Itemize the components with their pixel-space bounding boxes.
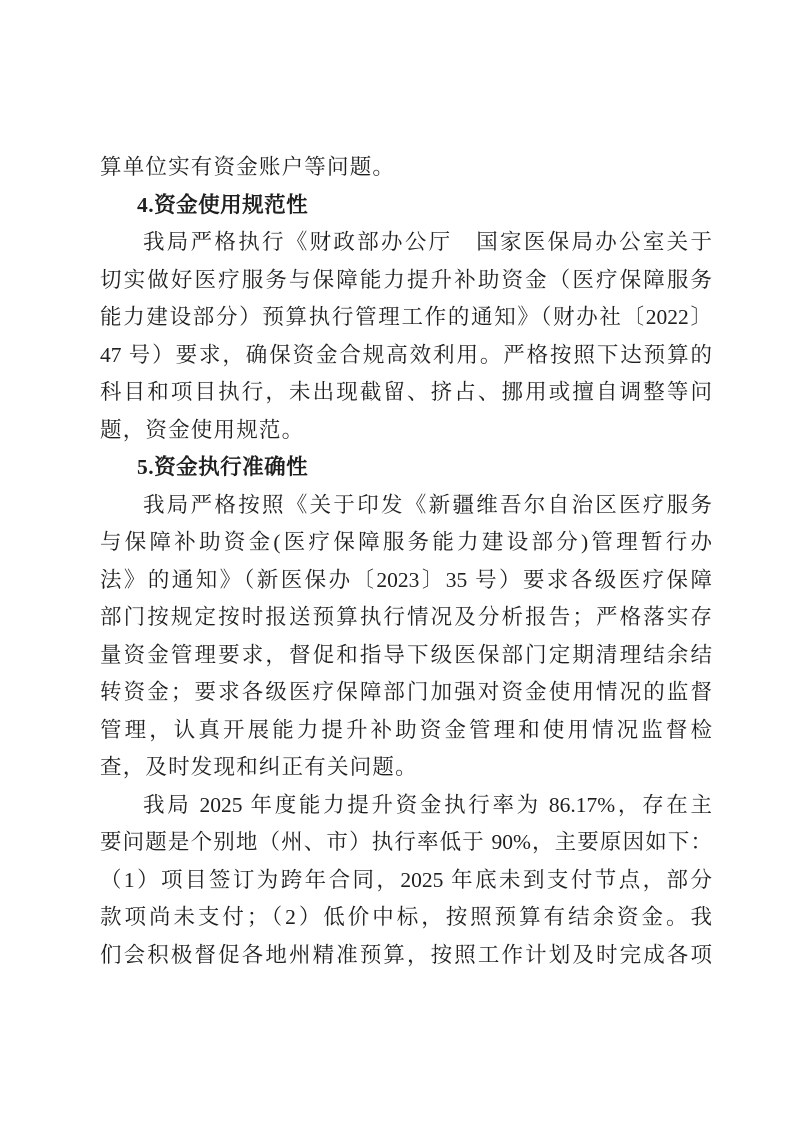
text-line: 要问题是个别地（州、市）执行率低于 90%，主要原因如下： [100,824,712,862]
text-line: 47 号）要求，确保资金合规高效利用。严格按照下达预算的 [100,337,712,375]
text-line: （1）项目签订为跨年合同，2025 年底未到支付节点，部分 [100,862,712,900]
text-line: 法》的通知》（新医保办〔2023〕35 号）要求各级医疗保障 [100,562,712,600]
text-line: 与保障补助资金(医疗保障服务能力建设部分)管理暂行办 [100,524,712,562]
text-line: 转资金；要求各级医疗保障部门加强对资金使用情况的监督 [100,674,712,712]
text-line: 能力建设部分）预算执行管理工作的通知》（财办社〔2022〕 [100,299,712,337]
text-line: 款项尚未支付；（2）低价中标，按照预算有结余资金。我 [100,899,712,937]
text-line: 科目和项目执行，未出现截留、挤占、挪用或擅自调整等问 [100,374,712,412]
section-heading: 4.资金使用规范性 [100,187,712,225]
text-line: 算单位实有资金账户等问题。 [100,149,712,187]
text-line: 们会积极督促各地州精准预算，按照工作计划及时完成各项 [100,937,712,975]
text-line: 题，资金使用规范。 [100,412,712,450]
text-line: 我局严格执行《财政部办公厅 国家医保局办公室关于 [100,224,712,262]
text-line: 我局严格按照《关于印发《新疆维吾尔自治区医疗服务 [100,487,712,525]
document-page: 算单位实有资金账户等问题。4.资金使用规范性我局严格执行《财政部办公厅 国家医保… [0,0,793,1122]
text-line: 部门按规定按时报送预算执行情况及分析报告；严格落实存 [100,599,712,637]
text-line: 管理，认真开展能力提升补助资金管理和使用情况监督检 [100,712,712,750]
section-heading: 5.资金执行准确性 [100,449,712,487]
text-line: 切实做好医疗服务与保障能力提升补助资金（医疗保障服务 [100,262,712,300]
text-line: 我局 2025 年度能力提升资金执行率为 86.17%，存在主 [100,787,712,825]
text-line: 查，及时发现和纠正有关问题。 [100,749,712,787]
document-body: 算单位实有资金账户等问题。4.资金使用规范性我局严格执行《财政部办公厅 国家医保… [100,149,712,974]
text-line: 量资金管理要求，督促和指导下级医保部门定期清理结余结 [100,637,712,675]
